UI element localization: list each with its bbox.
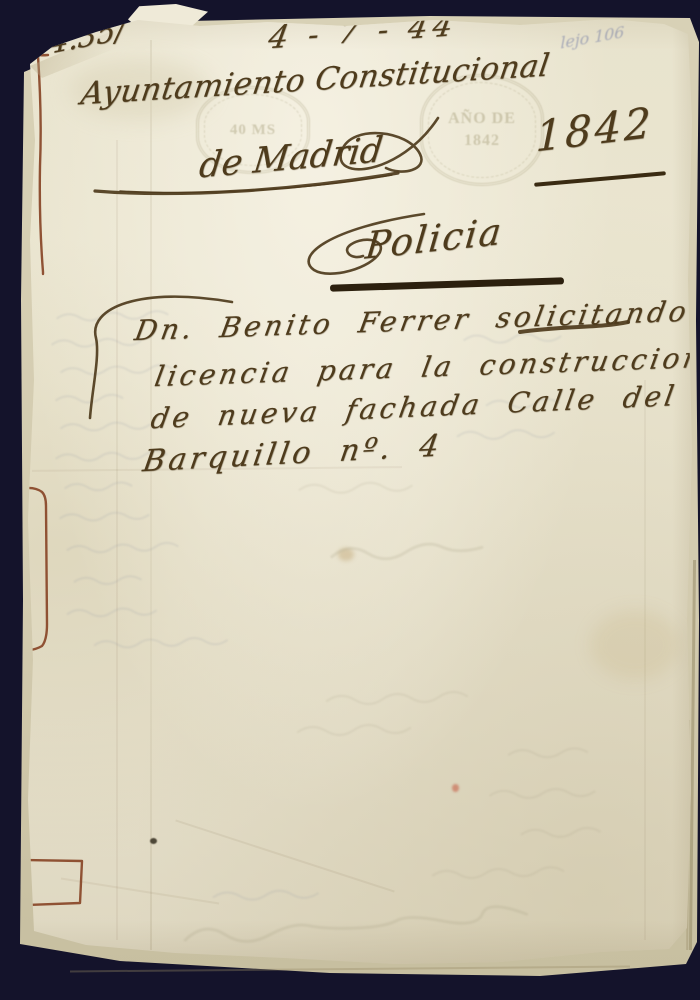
photo-backdrop: 40 MS AÑO DE 1842 4.35/ 4 - 7 - 44 lejo … [0,0,700,1000]
manuscript-page: 40 MS AÑO DE 1842 4.35/ 4 - 7 - 44 lejo … [0,0,700,1000]
stamp-year-label: AÑO DE [448,108,516,130]
stamp-year-value: 1842 [464,130,500,152]
stamp-value: 40 MS [230,122,276,139]
embossed-tax-stamp-right: AÑO DE 1842 [420,74,544,186]
